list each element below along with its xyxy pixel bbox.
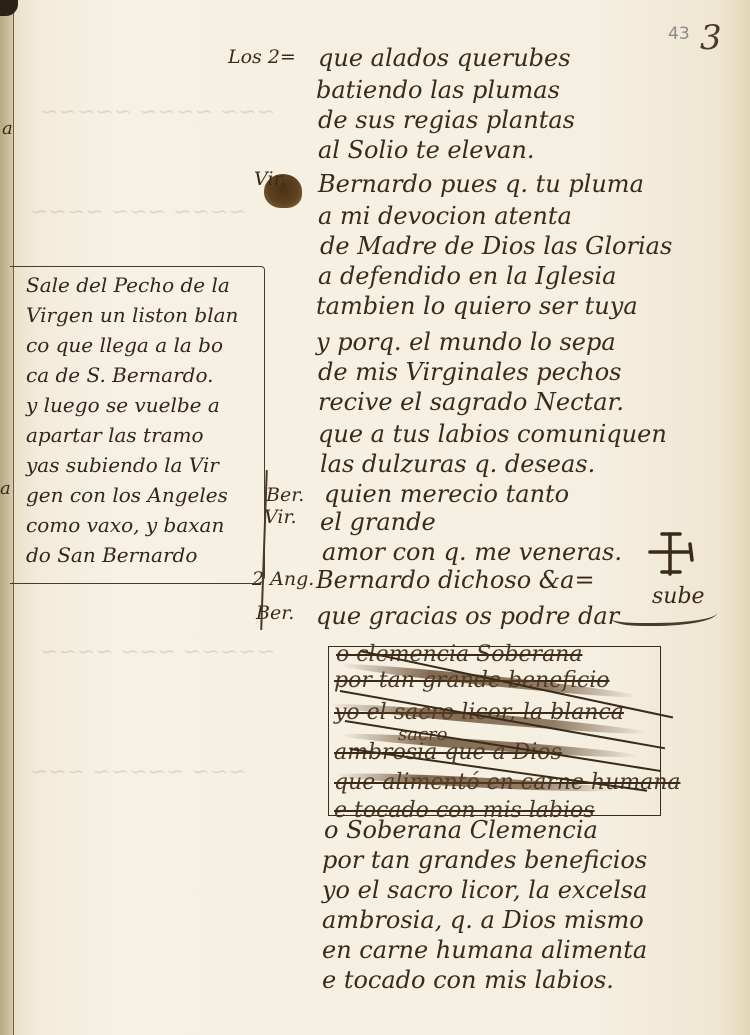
stage-direction-line: co que llega a la bo <box>26 333 223 357</box>
verse-line: de mis Virginales pechos <box>318 358 622 386</box>
margin-fragment: a <box>2 118 13 139</box>
verse-line: amor con q. me veneras. <box>322 538 622 566</box>
verse-line: y porq. el mundo lo sepa <box>316 328 616 356</box>
verse-line: el grande <box>320 508 436 536</box>
speaker-label: Ber. <box>266 484 304 506</box>
verse-line: que gracias os podre dar <box>316 602 619 630</box>
struck-line: o clemencia Soberana <box>336 642 582 668</box>
stage-direction-line: apartar las tramo <box>26 423 204 447</box>
stage-direction-line: gen con los Angeles <box>26 483 228 507</box>
stage-direction-line: yas subiendo la Vir <box>26 453 219 477</box>
verse-line: por tan grandes beneficios <box>322 846 647 874</box>
stage-direction-line: como vaxo, y baxan <box>26 513 224 537</box>
verse-line: o Soberana Clemencia <box>324 816 598 844</box>
speaker-label: Vir. <box>264 506 297 528</box>
stage-direction-line: Virgen un liston blan <box>26 303 238 327</box>
verse-line: ambrosia, q. a Dios mismo <box>322 906 644 934</box>
verse-line: batiendo las plumas <box>316 76 560 104</box>
verse-line: a mi devocion atenta <box>318 202 572 230</box>
cross-mark-icon <box>648 530 698 580</box>
binding-shadow <box>0 0 18 16</box>
verse-line: de sus regias plantas <box>318 106 575 134</box>
stage-direction-line: y luego se vuelbe a <box>26 393 220 417</box>
verse-line: recive el sagrado Nectar. <box>318 388 624 416</box>
verse-line: Bernardo pues q. tu pluma <box>318 170 644 198</box>
bleed-through-text: ~~~~ ~~~ ~~~~ <box>30 200 247 225</box>
folio-number-ink: 3 <box>700 18 722 58</box>
bleed-through-text: ~~~ ~~~~ ~~~~~ <box>40 100 275 125</box>
verse-line: las dulzuras q. deseas. <box>320 450 595 478</box>
stage-direction-line: ca de S. Bernardo. <box>26 363 214 387</box>
flourish-underline <box>612 604 717 626</box>
verse-line: yo el sacro licor, la excelsa <box>322 876 647 904</box>
stage-direction-line: Sale del Pecho de la <box>26 273 230 297</box>
verse-line: de Madre de Dios las Glorias <box>320 232 672 260</box>
stage-direction-line: do San Bernardo <box>26 543 197 567</box>
speaker-label: Vir. <box>254 168 287 190</box>
verse-line: tambien lo quiero ser tuya <box>316 292 638 320</box>
verse-line: que alados querubes <box>318 44 571 72</box>
verse-line: e tocado con mis labios. <box>322 966 614 994</box>
verse-line: al Solio te elevan. <box>318 136 534 164</box>
manuscript-page: ~~~ ~~~~ ~~~~~ ~~~~ ~~~ ~~~~ ~~~~~ ~~~ ~… <box>0 0 750 1035</box>
verse-line: en carne humana alimenta <box>322 936 647 964</box>
verse-line: a defendido en la Iglesia <box>318 262 616 290</box>
verse-line: Bernardo dichoso &a= <box>316 566 595 594</box>
speaker-label: Los 2= <box>228 46 296 68</box>
folio-number-pencil: 43 <box>668 24 690 44</box>
verse-line: quien merecio tanto <box>324 480 569 508</box>
verse-line: que a tus labios comuniquen <box>318 420 667 448</box>
stage-direction-box: Sale del Pecho de la Virgen un liston bl… <box>10 266 265 584</box>
bleed-through-text: ~~~ ~~~~~ ~~~ <box>30 760 247 785</box>
bleed-through-text: ~~~~~ ~~~ ~~~~ <box>40 640 275 665</box>
